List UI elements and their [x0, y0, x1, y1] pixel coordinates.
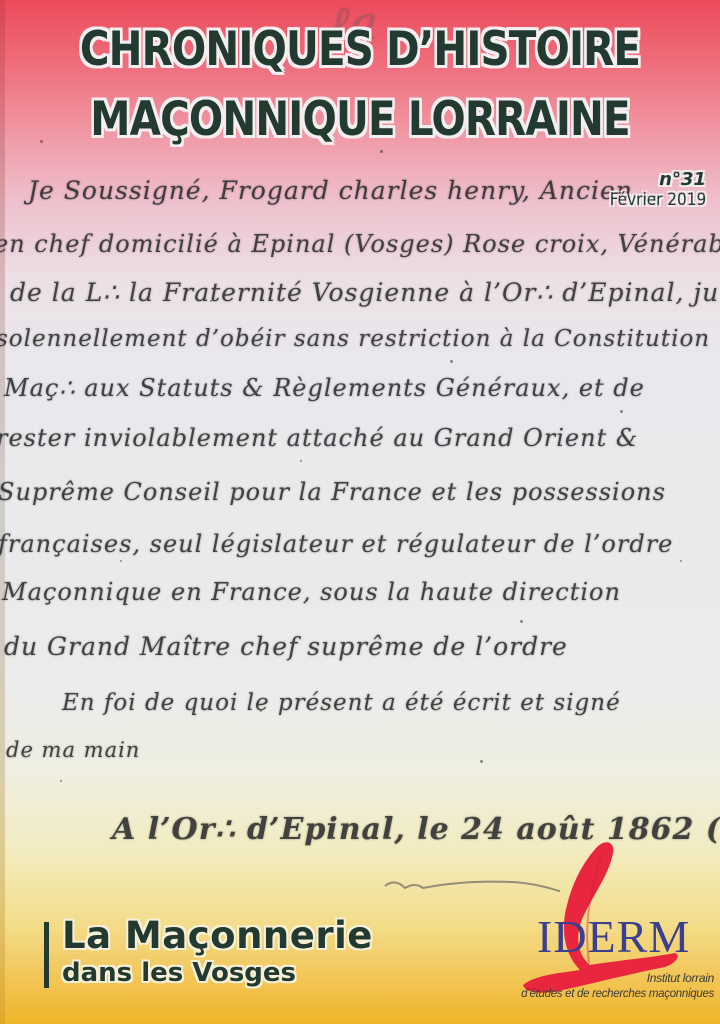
iderm-logo: IDERM Institut lorrain d’études et de re… — [505, 835, 720, 1024]
manuscript-line: Maçonnique en France, sous la haute dire… — [2, 578, 621, 606]
manuscript-line: rester inviolablement attaché au Grand O… — [0, 424, 638, 452]
issue-date: Février 2019 — [610, 190, 706, 210]
manuscript-line: En foi de quoi le présent a été écrit et… — [62, 690, 621, 716]
manuscript-line: Maç∴ aux Statuts & Règlements Généraux, … — [4, 374, 645, 402]
logo-tagline-2: d’études et de recherches maçonniques — [521, 988, 714, 1000]
paper-speckle — [260, 710, 262, 712]
paper-speckle — [520, 620, 523, 623]
magazine-cover: ℓa Je Soussigné, Frogard charles henry, … — [0, 0, 720, 1024]
magazine-title-line-1: CHRONIQUES D’HISTOIRE — [50, 22, 669, 78]
paper-speckle — [680, 560, 682, 562]
issue-info: n°31 Février 2019 — [599, 170, 706, 210]
manuscript-line: de ma main — [6, 738, 140, 762]
logo-wordmark: IDERM — [537, 910, 690, 963]
magazine-title-line-2: MAÇONNIQUE LORRAINE — [50, 92, 669, 148]
subtitle-accent-bar — [44, 922, 49, 988]
manuscript-line: du Grand Maître chef suprême de l’ordre — [4, 632, 568, 661]
issue-number: n°31 — [599, 170, 706, 190]
paper-speckle — [60, 780, 62, 782]
manuscript-line: Je Soussigné, Frogard charles henry, Anc… — [28, 176, 660, 205]
issue-theme: La Maçonnerie dans les Vosges — [62, 914, 373, 988]
manuscript-line: françaises, seul législateur et régulate… — [0, 530, 673, 558]
paper-speckle — [380, 150, 383, 153]
manuscript-line: solennellement d’obéir sans restriction … — [0, 326, 710, 352]
paper-speckle — [40, 140, 43, 143]
paper-speckle — [120, 560, 122, 562]
paper-speckle — [300, 460, 302, 462]
manuscript-line: de la L∴ la Fraternité Vosgienne à l’Or∴… — [10, 278, 720, 307]
manuscript-line: Suprême Conseil pour la France et les po… — [0, 478, 666, 506]
paper-speckle — [480, 760, 483, 763]
paper-speckle — [210, 300, 212, 302]
theme-subtitle: dans les Vosges — [62, 958, 373, 988]
paper-speckle — [450, 360, 453, 363]
theme-title: La Maçonnerie — [62, 914, 373, 958]
paper-speckle — [620, 410, 623, 413]
manuscript-line: en chef domicilié à Epinal (Vosges) Rose… — [0, 230, 720, 258]
logo-tagline-1: Institut lorrain — [647, 971, 714, 985]
